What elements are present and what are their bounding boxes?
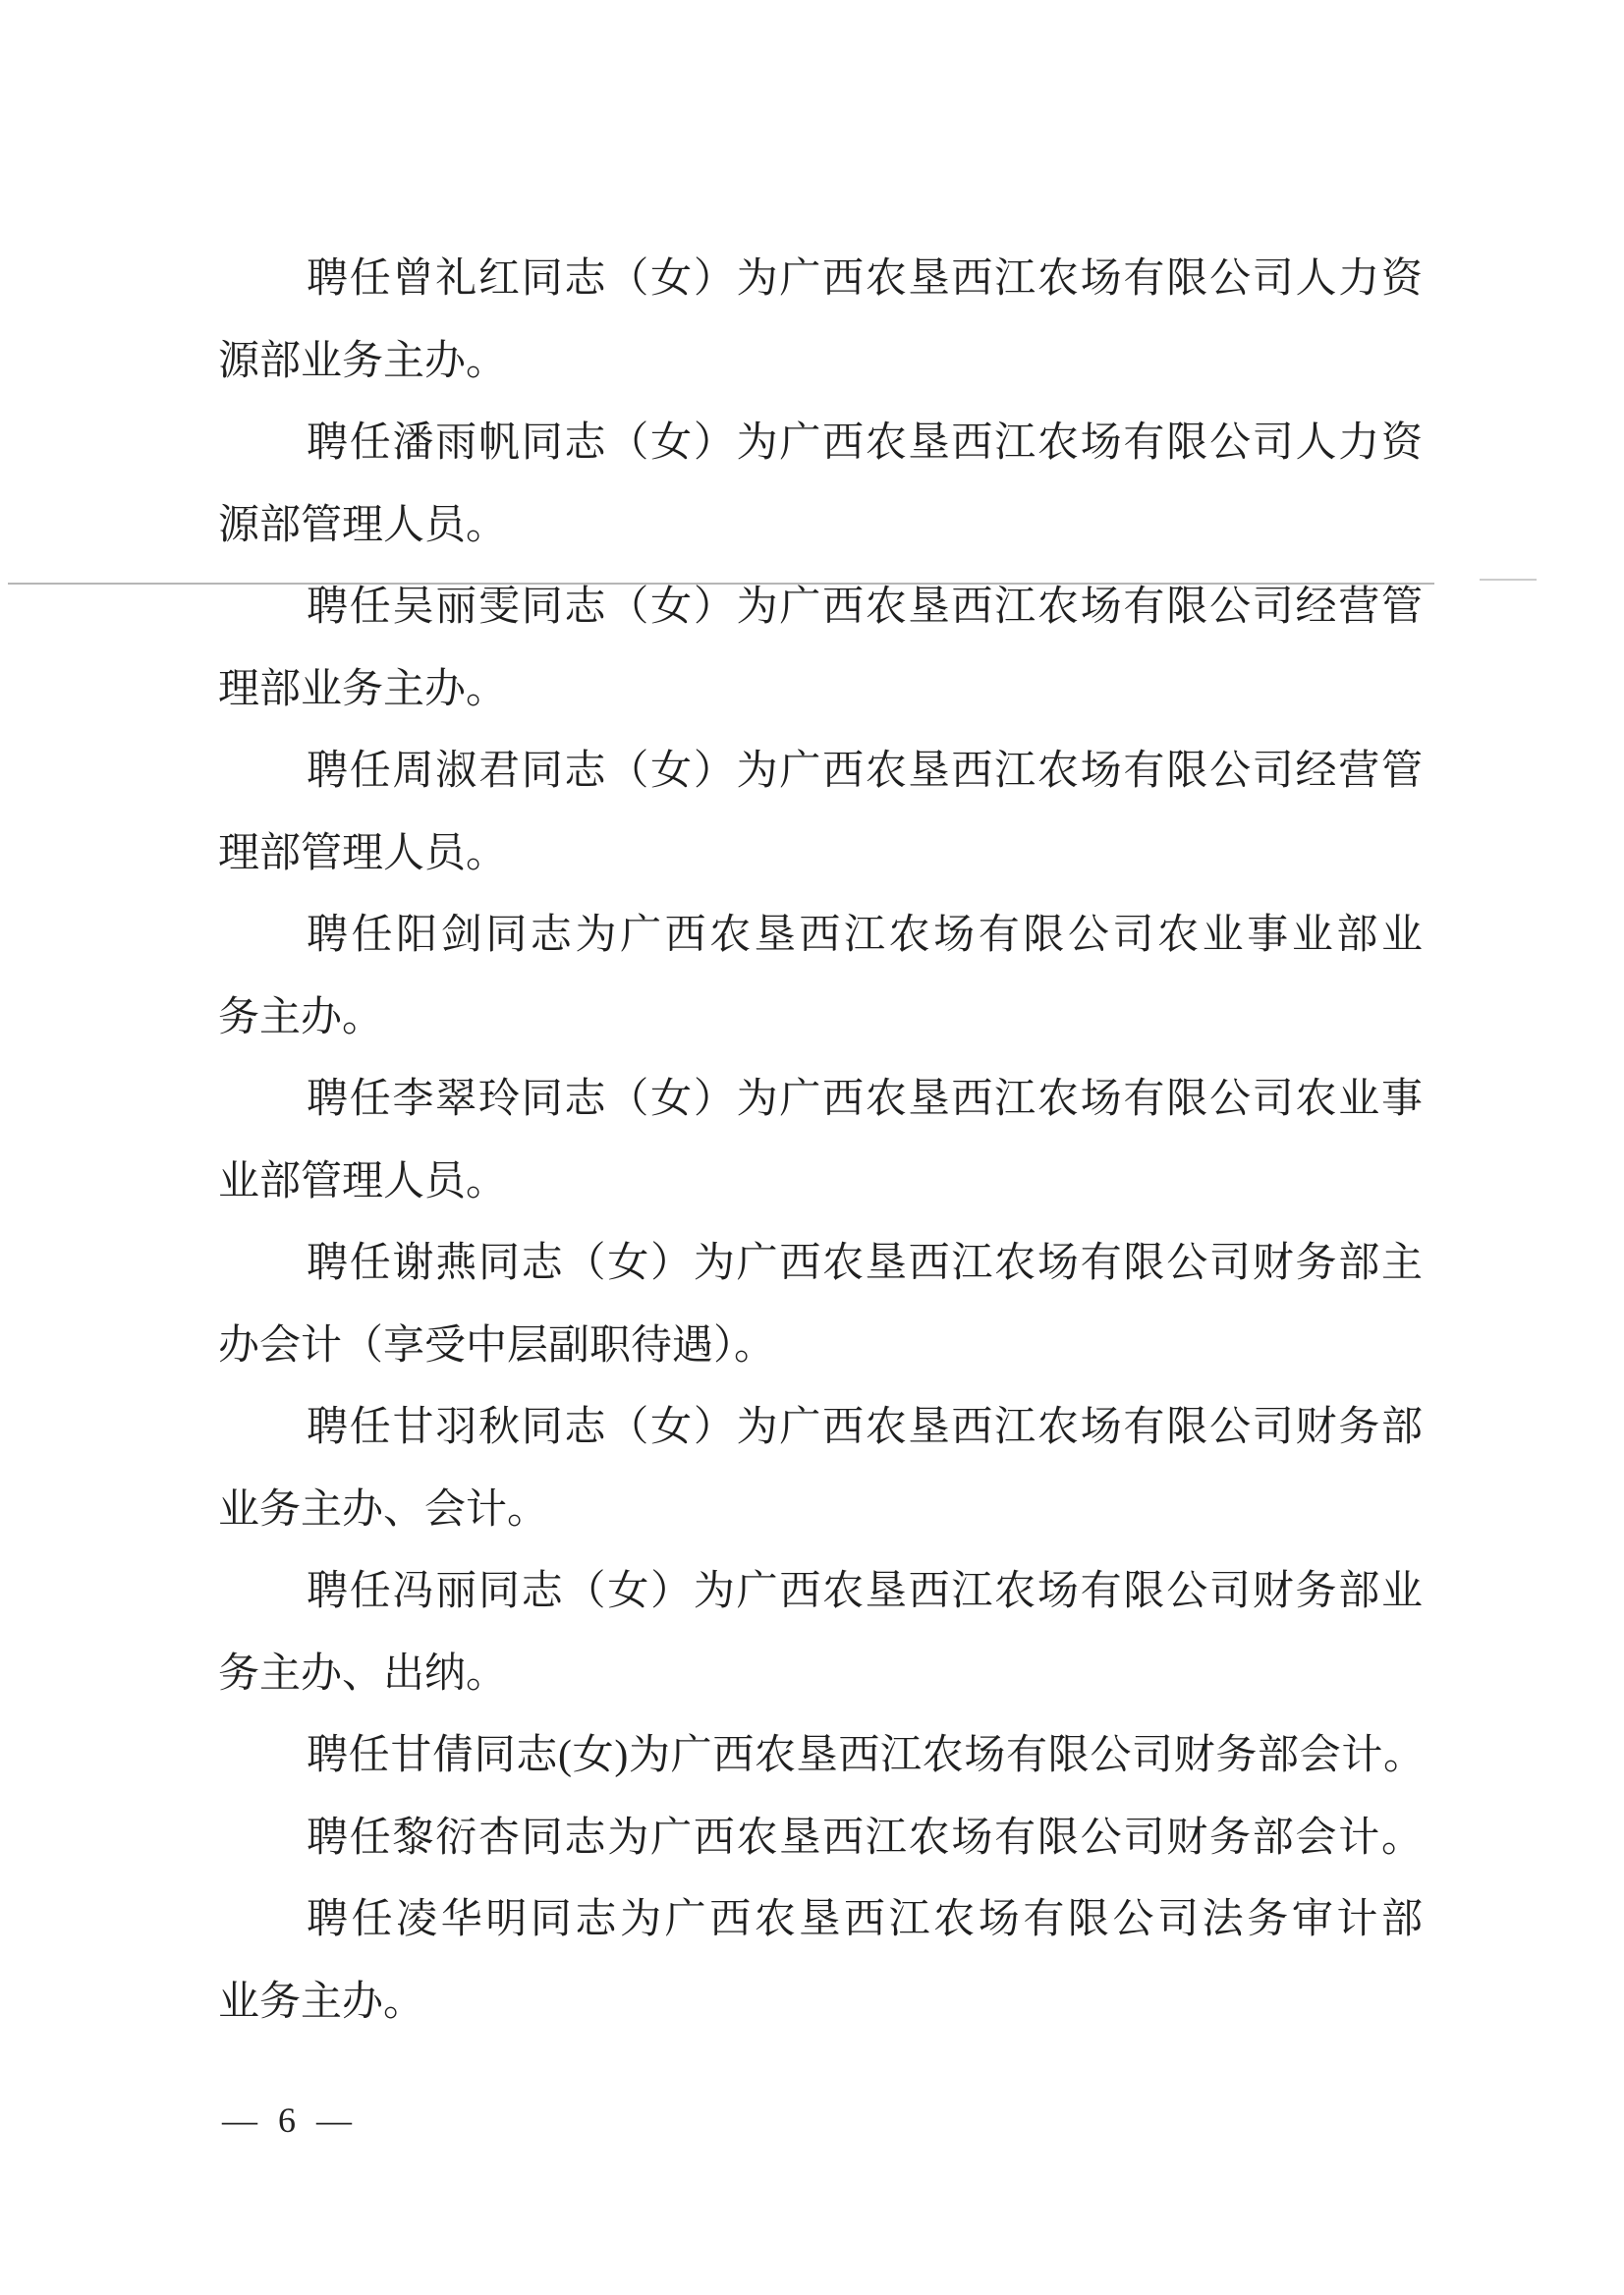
text-line: 务主办、出纳。 — [218, 1634, 1423, 1716]
text-line: 聘任黎衍杏同志为广西农垦西江农场有限公司财务部会计。 — [218, 1798, 1423, 1880]
text-line: 聘任甘羽秋同志（女）为广西农垦西江农场有限公司财务部 — [218, 1387, 1423, 1470]
text-line: 聘任凌华明同志为广西农垦西江农场有限公司法务审计部 — [218, 1879, 1423, 1962]
page-number: — 6 — — [222, 2099, 358, 2142]
appointment-paragraph: 聘任吴丽雯同志（女）为广西农垦西江农场有限公司经营管 理部业务主办。 — [218, 567, 1423, 731]
appointment-paragraph: 聘任曾礼红同志（女）为广西农垦西江农场有限公司人力资 源部业务主办。 — [218, 239, 1423, 403]
text-line: 聘任阳剑同志为广西农垦西江农场有限公司农业事业部业 — [218, 895, 1423, 978]
text-line: 聘任谢燕同志（女）为广西农垦西江农场有限公司财务部主 — [218, 1223, 1423, 1306]
text-line: 业务主办。 — [218, 1962, 1423, 2044]
text-line: 聘任曾礼红同志（女）为广西农垦西江农场有限公司人力资 — [218, 239, 1423, 321]
text-line: 业部管理人员。 — [218, 1142, 1423, 1224]
text-line: 源部业务主办。 — [218, 321, 1423, 404]
scan-artifact-line-fragment — [1480, 579, 1537, 581]
text-line: 聘任周淑君同志（女）为广西农垦西江农场有限公司经营管 — [218, 731, 1423, 813]
document-page: 聘任曾礼红同志（女）为广西农垦西江农场有限公司人力资 源部业务主办。 聘任潘雨帆… — [0, 0, 1624, 2295]
document-body: 聘任曾礼红同志（女）为广西农垦西江农场有限公司人力资 源部业务主办。 聘任潘雨帆… — [218, 239, 1423, 2043]
text-line: 业务主办、会计。 — [218, 1470, 1423, 1552]
appointment-paragraph: 聘任潘雨帆同志（女）为广西农垦西江农场有限公司人力资 源部管理人员。 — [218, 403, 1423, 567]
appointment-paragraph: 聘任谢燕同志（女）为广西农垦西江农场有限公司财务部主 办会计（享受中层副职待遇）… — [218, 1223, 1423, 1387]
text-line: 源部管理人员。 — [218, 485, 1423, 568]
appointment-paragraph: 聘任周淑君同志（女）为广西农垦西江农场有限公司经营管 理部管理人员。 — [218, 731, 1423, 895]
text-line: 理部业务主办。 — [218, 649, 1423, 732]
text-line: 务主办。 — [218, 978, 1423, 1060]
appointment-paragraph: 聘任黎衍杏同志为广西农垦西江农场有限公司财务部会计。 — [218, 1798, 1423, 1880]
appointment-paragraph: 聘任阳剑同志为广西农垦西江农场有限公司农业事业部业 务主办。 — [218, 895, 1423, 1059]
text-line: 理部管理人员。 — [218, 813, 1423, 896]
appointment-paragraph: 聘任甘倩同志(女)为广西农垦西江农场有限公司财务部会计。 — [218, 1715, 1423, 1798]
text-line: 聘任吴丽雯同志（女）为广西农垦西江农场有限公司经营管 — [218, 567, 1423, 649]
appointment-paragraph: 聘任李翠玲同志（女）为广西农垦西江农场有限公司农业事 业部管理人员。 — [218, 1059, 1423, 1223]
text-line: 聘任冯丽同志（女）为广西农垦西江农场有限公司财务部业 — [218, 1551, 1423, 1634]
text-line: 聘任潘雨帆同志（女）为广西农垦西江农场有限公司人力资 — [218, 403, 1423, 485]
text-line: 聘任李翠玲同志（女）为广西农垦西江农场有限公司农业事 — [218, 1059, 1423, 1142]
appointment-paragraph: 聘任凌华明同志为广西农垦西江农场有限公司法务审计部 业务主办。 — [218, 1879, 1423, 2043]
appointment-paragraph: 聘任甘羽秋同志（女）为广西农垦西江农场有限公司财务部 业务主办、会计。 — [218, 1387, 1423, 1551]
text-line: 聘任甘倩同志(女)为广西农垦西江农场有限公司财务部会计。 — [218, 1715, 1423, 1798]
appointment-paragraph: 聘任冯丽同志（女）为广西农垦西江农场有限公司财务部业 务主办、出纳。 — [218, 1551, 1423, 1715]
text-line: 办会计（享受中层副职待遇）。 — [218, 1306, 1423, 1388]
